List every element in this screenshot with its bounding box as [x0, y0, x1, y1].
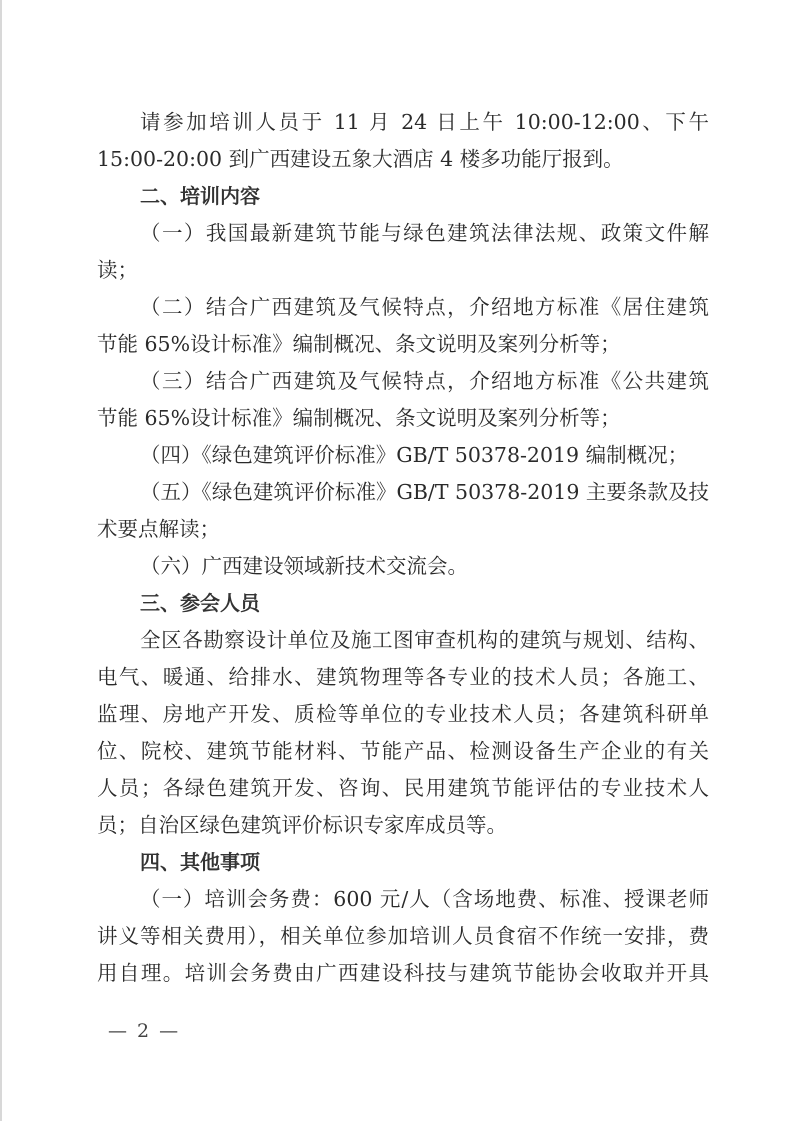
section-heading-training-content: 二、培训内容 [97, 178, 709, 215]
text-line: 监理、房地产开发、质检等单位的专业技术人员；各建筑科研单 [97, 696, 709, 733]
text-line: 读； [97, 252, 709, 289]
text-line: 节能 65%设计标准》编制概况、条文说明及案列分析等； [97, 326, 709, 363]
scan-edge [0, 0, 2, 1121]
text-line: （五）《绿色建筑评价标准》GB/T 50378-2019 主要条款及技 [97, 474, 709, 511]
text-line: （二）结合广西建筑及气候特点，介绍地方标准《居住建筑 [97, 289, 709, 326]
section-heading-other-matters: 四、其他事项 [97, 844, 709, 881]
document-page: 请参加培训人员于 11 月 24 日上午 10:00-12:00、下午 15:0… [97, 104, 709, 992]
text-line: 术要点解读； [97, 511, 709, 548]
text-line: 用自理。培训会务费由广西建设科技与建筑节能协会收取并开具 [97, 955, 709, 992]
text-line: 电气、暖通、给排水、建筑物理等各专业的技术人员；各施工、 [97, 659, 709, 696]
text-line: 15:00-20:00 到广西建设五象大酒店 4 楼多功能厅报到。 [97, 141, 709, 178]
text-line: （三）结合广西建筑及气候特点，介绍地方标准《公共建筑 [97, 363, 709, 400]
section-heading-participants: 三、参会人员 [97, 585, 709, 622]
text-line: （一）我国最新建筑节能与绿色建筑法律法规、政策文件解 [97, 215, 709, 252]
text-line: 请参加培训人员于 11 月 24 日上午 10:00-12:00、下午 [97, 104, 709, 141]
text-line: （四）《绿色建筑评价标准》GB/T 50378-2019 编制概况； [97, 437, 709, 474]
text-line: 人员；各绿色建筑开发、咨询、民用建筑节能评估的专业技术人 [97, 770, 709, 807]
text-line: 讲义等相关费用），相关单位参加培训人员食宿不作统一安排，费 [97, 918, 709, 955]
text-line: （一）培训会务费：600 元/人（含场地费、标准、授课老师 [97, 881, 709, 918]
page-number: — 2 — [108, 1020, 180, 1042]
text-line: （六）广西建设领域新技术交流会。 [97, 548, 709, 585]
text-line: 位、院校、建筑节能材料、节能产品、检测设备生产企业的有关 [97, 733, 709, 770]
text-line: 节能 65%设计标准》编制概况、条文说明及案列分析等； [97, 400, 709, 437]
text-line: 员；自治区绿色建筑评价标识专家库成员等。 [97, 807, 709, 844]
text-line: 全区各勘察设计单位及施工图审查机构的建筑与规划、结构、 [97, 622, 709, 659]
